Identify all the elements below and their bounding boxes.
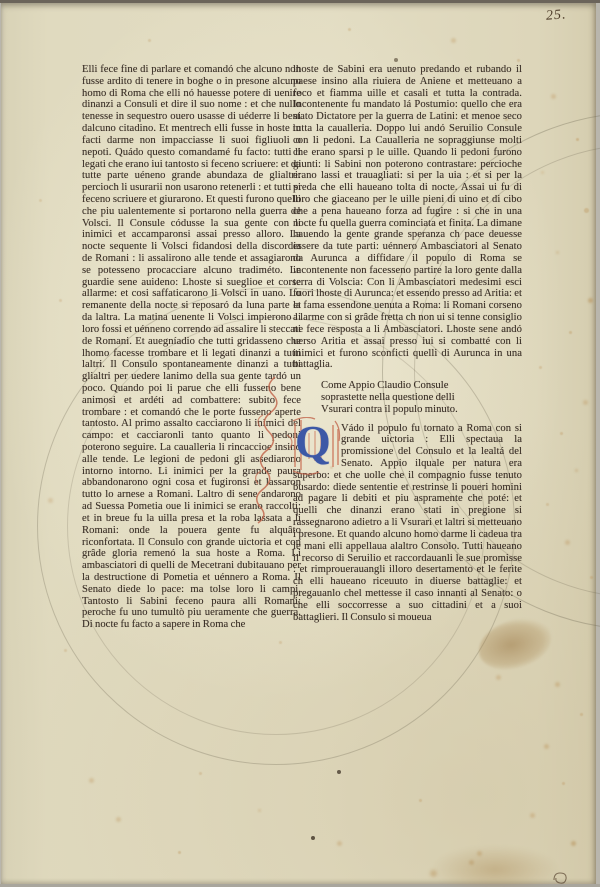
chapter-heading-line: Vsurari contra il populo minuto. (321, 404, 522, 416)
illuminated-initial: Q (295, 425, 333, 469)
ink-specks (0, 0, 2, 2)
chapter-heading-line: Come Appio Claudio Consule (321, 380, 522, 392)
page-number: 25. (545, 7, 567, 24)
body-text: Elli fece fine di parlare et comandó che… (82, 64, 301, 630)
chapter-heading: Come Appio Claudio Consule soprastette n… (293, 380, 522, 415)
body-text: lhoste de Sabini era uenuto predando et … (293, 64, 522, 370)
text-column-right: lhoste de Sabini era uenuto predando et … (293, 64, 522, 623)
chapter-heading-line: soprastette nella questione delli (321, 392, 522, 404)
text-column-left: Elli fece fine di parlare et comandó che… (82, 64, 301, 631)
initial-letter-Q: Q (295, 418, 331, 466)
paragraph-with-initial: Q Vádo il populo fu tornato a Roma con s… (293, 423, 522, 624)
